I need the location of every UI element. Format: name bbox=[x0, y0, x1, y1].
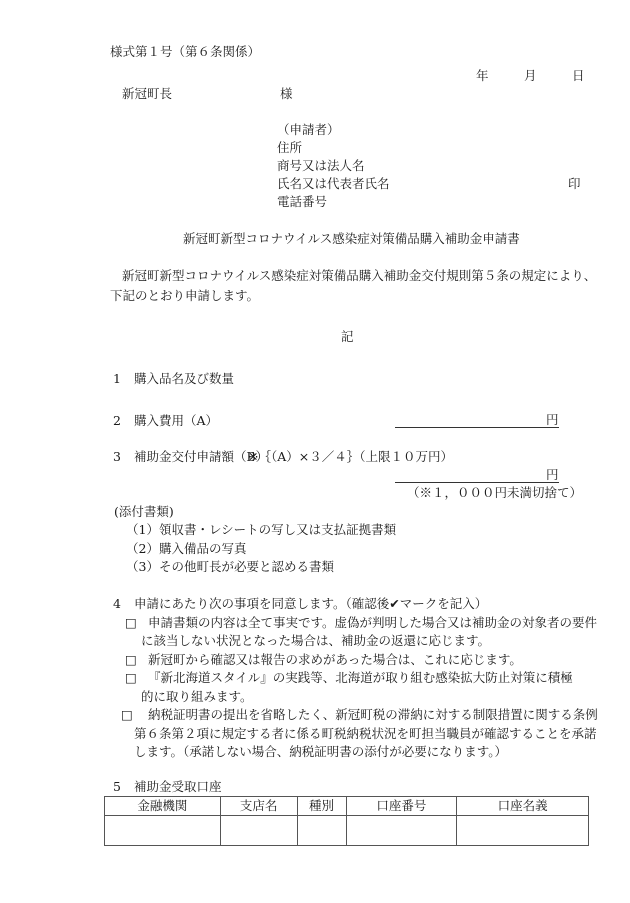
intro-line-2: 下記のとおり申請します。 bbox=[110, 290, 259, 303]
item-3-note: （※１，０００円未満切捨て） bbox=[407, 487, 582, 500]
item-2-unit: 円 bbox=[546, 414, 559, 427]
item-3-number: 3 bbox=[113, 451, 121, 464]
name-label: 氏名又は代表者氏名 bbox=[277, 178, 390, 191]
consent-item-3-line-1: 『新北海道スタイル』の実践等、北海道が取り組む感染拡大防止対策に積極 bbox=[148, 672, 573, 685]
column-header-type: 種別 bbox=[297, 797, 346, 816]
cell-branch[interactable] bbox=[220, 816, 297, 846]
date-year-label: 年 bbox=[476, 70, 489, 83]
consent-item-1-line-1: 申請書類の内容は全て事実です。虚偽が判明した場合又は補助金の対象者の要件 bbox=[148, 617, 597, 630]
item-3-unit: 円 bbox=[546, 469, 559, 482]
date-month-label: 月 bbox=[524, 70, 537, 83]
consent-item-4-line-1: 納税証明書の提出を省略したく、新冠町税の滞納に対する制限措置に関する条例 bbox=[148, 709, 598, 722]
consent-item-4-line-3: します。（承諾しない場合、納税証明書の添付が必要になります。） bbox=[134, 746, 507, 759]
item-2-label: 購入費用（A） bbox=[134, 415, 218, 428]
consent-heading: 申請にあたり次の事項を同意します。（確認後✔マークを記入） bbox=[134, 598, 487, 611]
document-title: 新冠町新型コロナウイルス感染症対策備品購入補助金申請書 bbox=[183, 233, 520, 246]
attachment-item-3: （3）その他町長が必要と認める書類 bbox=[126, 561, 334, 574]
addressee: 新冠町長 bbox=[122, 88, 172, 101]
table-header-row: 金融機関 支店名 種別 口座番号 口座名義 bbox=[105, 797, 589, 816]
bank-number: 5 bbox=[113, 781, 121, 794]
item-2-amount-line[interactable] bbox=[395, 427, 559, 428]
item-3-formula: ※｛（A）×３／４｝（上限１０万円） bbox=[248, 451, 453, 464]
consent-item-3-line-2: 的に取り組みます。 bbox=[141, 691, 253, 704]
consent-checkbox-1[interactable]: □ bbox=[125, 617, 137, 630]
consent-number: 4 bbox=[113, 598, 121, 611]
ki-heading: 記 bbox=[341, 331, 354, 344]
consent-item-2-line-1: 新冠町から確認又は報告の求めがあった場合は、これに応じます。 bbox=[148, 654, 522, 667]
attachment-item-1: （1）領収書・レシートの写し又は支払証拠書類 bbox=[126, 524, 396, 537]
column-header-account-holder: 口座名義 bbox=[457, 797, 589, 816]
attachments-heading: (添付書類) bbox=[114, 506, 174, 519]
consent-item-1-line-2: に該当しない状況となった場合は、補助金の返還に応じます。 bbox=[141, 635, 490, 648]
address-label: 住所 bbox=[277, 142, 302, 155]
bank-account-table: 金融機関 支店名 種別 口座番号 口座名義 bbox=[104, 796, 589, 846]
phone-label: 電話番号 bbox=[277, 196, 327, 209]
honorific: 様 bbox=[280, 88, 293, 101]
column-header-branch: 支店名 bbox=[220, 797, 297, 816]
seal-mark: 印 bbox=[568, 178, 581, 191]
column-header-bank: 金融機関 bbox=[105, 797, 221, 816]
intro-line-1: 新冠町新型コロナウイルス感染症対策備品購入補助金交付規則第５条の規定により、 bbox=[122, 270, 596, 283]
form-number: 様式第１号（第６条関係） bbox=[110, 46, 260, 59]
cell-account-holder[interactable] bbox=[457, 816, 589, 846]
column-header-account-number: 口座番号 bbox=[346, 797, 457, 816]
table-row bbox=[105, 816, 589, 846]
consent-checkbox-3[interactable]: □ bbox=[125, 672, 137, 685]
cell-account-number[interactable] bbox=[346, 816, 457, 846]
applicant-heading: （申請者） bbox=[277, 124, 340, 137]
consent-checkbox-2[interactable]: □ bbox=[125, 654, 137, 667]
item-2-number: 2 bbox=[113, 415, 121, 428]
item-1-number: 1 bbox=[113, 373, 121, 386]
item-3-amount-line[interactable] bbox=[395, 482, 559, 483]
item-1-label: 購入品名及び数量 bbox=[134, 373, 234, 386]
cell-type[interactable] bbox=[297, 816, 346, 846]
consent-item-4-line-2: 第６条第２項に規定する者に係る町税納税状況を町担当職員が確認することを承諾 bbox=[134, 728, 597, 741]
consent-checkbox-4[interactable]: □ bbox=[121, 709, 133, 722]
attachment-item-2: （2）購入備品の写真 bbox=[126, 543, 246, 556]
bank-heading: 補助金受取口座 bbox=[134, 781, 222, 794]
cell-bank[interactable] bbox=[105, 816, 221, 846]
company-label: 商号又は法人名 bbox=[277, 160, 365, 173]
date-day-label: 日 bbox=[572, 70, 585, 83]
